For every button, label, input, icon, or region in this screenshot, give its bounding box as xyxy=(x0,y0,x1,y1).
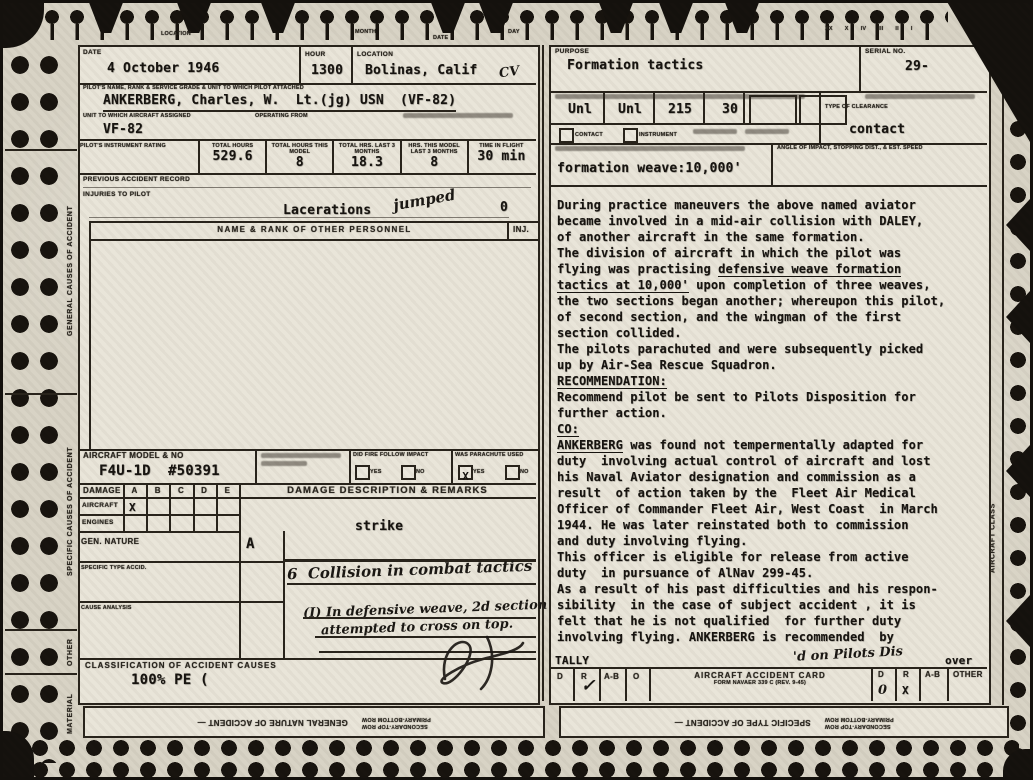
damage-grade-letter: B xyxy=(146,487,169,495)
field-divider xyxy=(859,45,861,91)
personnel-empty-box xyxy=(89,239,540,451)
grid-line xyxy=(169,483,171,531)
edge-section-specific-causes: SPECIFIC CAUSES OF ACCIDENT xyxy=(63,395,78,627)
grid-line xyxy=(653,91,655,123)
pilot-name-value: ANKERBERG, Charles, W. Lt.(jg) USN (VF-8… xyxy=(103,93,456,112)
tally-label: TALLY xyxy=(555,653,589,668)
footer-r-value: X xyxy=(902,683,909,698)
narrative-line: As a result of his past difficulties and… xyxy=(557,581,983,597)
hours-cell-value: 8 xyxy=(430,155,438,170)
narrative-line: of second section, and the wingman of th… xyxy=(557,309,983,325)
grid-line xyxy=(216,483,218,531)
narrative-line: Officer of Commander Fleet Air, West Coa… xyxy=(557,501,983,517)
corner-top-left xyxy=(0,0,44,48)
edge-label-day: DAY xyxy=(508,29,520,37)
grid-line xyxy=(743,91,745,123)
contact-checkbox xyxy=(559,128,574,143)
clearance-label: TYPE OF CLEARANCE xyxy=(825,104,888,112)
location-label: LOCATION xyxy=(357,51,393,59)
hours-cell: TIME IN FLIGHT 30 min xyxy=(467,141,534,173)
hours-cell: HRS. THIS MODEL LAST 3 MONTHS 8 xyxy=(400,141,467,173)
edge-roman-mark: IV xyxy=(861,26,867,34)
damage-header: DAMAGE xyxy=(83,487,121,495)
row-line xyxy=(78,601,283,603)
aircraft-model-value: F4U-1D #50391 xyxy=(99,464,220,479)
illegible-label xyxy=(403,113,513,118)
narrative-line: The pilots parachuted and were subsequen… xyxy=(557,341,983,357)
row-line xyxy=(549,91,987,93)
narrative-line: 1944. He was later reinstated both to co… xyxy=(557,517,983,533)
rule-line xyxy=(89,217,509,218)
narrative-line: and duty involving flying. xyxy=(557,533,983,549)
row-line xyxy=(549,185,987,187)
classification-label: CLASSIFICATION OF ACCIDENT CAUSES xyxy=(85,662,277,670)
edge-divider xyxy=(5,673,77,675)
field-divider xyxy=(349,449,351,483)
damage-grade-letters: ABCDE xyxy=(123,487,239,495)
narrative-line: duty involving actual control of aircraf… xyxy=(557,453,983,469)
damage-remarks-value: strike xyxy=(355,519,403,534)
narrative-line: RECOMMENDATION: xyxy=(557,373,983,389)
narrative-line: flying was practising defensive weave fo… xyxy=(557,261,983,277)
fire-no-label: NO xyxy=(416,469,425,477)
pilot-name-label: PILOT'S NAME, RANK & SERVICE GRADE & UNI… xyxy=(83,85,304,93)
impact-label: ANGLE OF IMPACT, STOPPING DIST., & EST. … xyxy=(777,145,923,153)
illegible-label xyxy=(745,129,789,134)
classification-value: 100% PE ( xyxy=(131,673,209,688)
damage-row-engines-label: ENGINES xyxy=(82,519,114,527)
rule-line xyxy=(287,583,536,585)
fire-no-checkbox xyxy=(401,465,416,480)
row-note-secondary: SECONDARY-TOP ROW xyxy=(362,722,431,730)
scanned-accident-card: LOCATION MONTH DATE DAY XXXIVIIIIII GENE… xyxy=(0,0,1033,780)
previous-accident-label: PREVIOUS ACCIDENT RECORD xyxy=(83,176,190,184)
bottom-strip-general-nature: SECONDARY-TOP ROW PRIMARY-BOTTOM ROW GEN… xyxy=(83,706,545,738)
parachute-label: WAS PARACHUTE USED xyxy=(455,452,524,460)
grid-line xyxy=(239,483,241,658)
personnel-header: NAME & RANK OF OTHER PERSONNEL xyxy=(91,226,538,234)
grid-line xyxy=(919,667,921,701)
footer-d-value: 0 xyxy=(878,683,887,698)
punch-holes-left xyxy=(5,47,63,763)
narrative-line: This officer is eligible for release fro… xyxy=(557,549,983,565)
hours-cell-value: 30 min xyxy=(477,149,525,164)
fire-label: DID FIRE FOLLOW IMPACT xyxy=(353,452,428,460)
inj-column-label: INJ. xyxy=(513,226,529,234)
grid-line xyxy=(146,483,148,531)
row-line xyxy=(549,123,821,125)
illegible-label xyxy=(865,94,975,99)
damage-aircraft-grade: X xyxy=(129,500,136,515)
hours-cell-label: TOTAL HOURS THIS MODEL xyxy=(267,143,332,155)
narrative-text: During practice maneuvers the above name… xyxy=(557,197,983,645)
gen-nature-value: A xyxy=(246,537,255,552)
bottom-strip-title: GENERAL NATURE OF ACCIDENT — xyxy=(197,718,348,726)
narrative-line: the two sections began another; whereupo… xyxy=(557,293,983,309)
hours-cell-label: TOTAL HRS. LAST 3 MONTHS xyxy=(334,143,399,155)
footer-right-col-r: R xyxy=(903,671,909,679)
instrument-label: INSTRUMENT xyxy=(639,132,677,140)
clearance-value: contact xyxy=(849,122,905,137)
personnel-header-box: NAME & RANK OF OTHER PERSONNEL xyxy=(89,221,540,241)
row-line xyxy=(78,561,283,563)
narrative-line: up by Air-Sea Rescue Squadron. xyxy=(557,357,983,373)
narrative-line: tactics at 10,000' upon completion of th… xyxy=(557,277,983,293)
location-value: Bolinas, Calif xyxy=(365,63,477,78)
footer-right-col-other: OTHER xyxy=(953,671,983,679)
illegible-label xyxy=(555,146,745,151)
signature xyxy=(431,631,531,693)
footer-left-col-ab: A-B xyxy=(604,673,619,681)
damage-grade-letter: D xyxy=(193,487,216,495)
footer-left-col-d: D xyxy=(557,673,563,681)
field-divider xyxy=(771,143,773,185)
edge-divider xyxy=(5,629,77,631)
edge-section-general-causes: GENERAL CAUSES OF ACCIDENT xyxy=(63,151,78,391)
damage-grade-letter: E xyxy=(216,487,239,495)
narrative-line: CO: xyxy=(557,421,983,437)
edge-label-month: MONTH xyxy=(355,29,376,37)
grid-line xyxy=(895,667,897,701)
row-note-secondary: SECONDARY-TOP ROW xyxy=(825,722,894,730)
parachute-no-label: NO xyxy=(520,469,529,477)
cause-analysis-label: CAUSE ANALYSIS xyxy=(81,605,132,613)
hour-value: 1300 xyxy=(311,63,343,78)
unit-value: VF-82 xyxy=(103,122,143,137)
grid-line xyxy=(625,667,627,701)
damage-grade-letter: A xyxy=(123,487,146,495)
footer-left-col-o: O xyxy=(633,673,640,681)
row-line xyxy=(78,173,536,175)
weather-value: Unl xyxy=(555,102,605,117)
bottom-strip-specific-type: SECONDARY-TOP ROW PRIMARY-BOTTOM ROW SPE… xyxy=(559,706,1009,738)
weather-value: 30 xyxy=(705,102,755,117)
row-line xyxy=(78,658,536,660)
narrative-line: During practice maneuvers the above name… xyxy=(557,197,983,213)
edge-roman-marks: XXXIVIIIIII xyxy=(825,26,913,34)
parachute-yes-mark: X xyxy=(462,470,469,483)
field-divider xyxy=(351,47,353,83)
operating-from-label: OPERATING FROM xyxy=(255,113,308,121)
edge-roman-mark: X xyxy=(845,26,849,34)
grid-line xyxy=(599,667,601,701)
injuries-label: INJURIES TO PILOT xyxy=(83,191,151,199)
grid-line xyxy=(193,483,195,531)
damage-grade-letter: C xyxy=(169,487,192,495)
purpose-value: Formation tactics xyxy=(567,58,703,73)
illegible-label xyxy=(261,461,307,466)
edge-line xyxy=(1002,45,1004,705)
pilot-rating-label: PILOT'S INSTRUMENT RATING xyxy=(80,143,166,149)
row-note-primary: PRIMARY-BOTTOM ROW xyxy=(825,715,894,723)
grid-line xyxy=(703,91,705,123)
row-line xyxy=(78,531,239,533)
edge-divider xyxy=(5,149,77,151)
row-line xyxy=(78,514,239,516)
grid-line xyxy=(947,667,949,701)
hours-cell: TOTAL HOURS THIS MODEL 8 xyxy=(265,141,332,173)
field-divider xyxy=(451,449,453,483)
serial-label: SERIAL NO. xyxy=(865,48,906,56)
illegible-label xyxy=(261,453,341,458)
serial-value: 29- xyxy=(905,59,929,74)
field-divider xyxy=(819,91,821,143)
narrative-line: section collided. xyxy=(557,325,983,341)
punch-holes-bottom xyxy=(27,737,1019,780)
bottom-strip-title: SPECIFIC TYPE OF ACCIDENT — xyxy=(674,718,810,726)
grid-line xyxy=(123,483,125,531)
date-value: 4 October 1946 xyxy=(107,61,219,76)
panel-divider xyxy=(542,45,544,701)
edge-roman-mark: I xyxy=(911,26,913,34)
form-number: FORM NAVAER 339 C (REV. 9-45) xyxy=(653,680,867,688)
footer-right-col-ab: A-B xyxy=(925,671,940,679)
instrument-checkbox xyxy=(623,128,638,143)
parachute-yes-label: YES xyxy=(473,469,485,477)
form-identification: AIRCRAFT ACCIDENT CARD FORM NAVAER 339 C… xyxy=(653,672,867,687)
edge-label-location: LOCATION xyxy=(161,31,191,39)
over-label: over xyxy=(945,653,972,668)
footer-right-col-d: D xyxy=(878,671,884,679)
edge-label-date: DATE xyxy=(433,35,448,43)
punch-holes-right xyxy=(1006,47,1030,755)
footer-check-mark: ✓ xyxy=(581,679,595,694)
injuries-count: 0 xyxy=(500,200,508,215)
hour-label: HOUR xyxy=(305,51,326,59)
grid-line xyxy=(283,531,285,658)
narrative-line: of another aircraft in the same formatio… xyxy=(557,229,983,245)
edge-roman-mark: II xyxy=(895,26,898,34)
specific-type-label: SPECIFIC TYPE ACCID. xyxy=(81,565,147,573)
condition-altitude-value: formation weave:10,000' xyxy=(557,161,742,176)
illegible-label xyxy=(693,129,737,134)
carrier-note-handwritten: CV xyxy=(498,64,520,82)
contact-label: CONTACT xyxy=(575,132,603,140)
grid-line xyxy=(871,667,873,701)
weather-values: UnlUnl21530 xyxy=(555,102,755,117)
rule-line xyxy=(83,187,531,188)
narrative-line: result of action taken by the Fleet Air … xyxy=(557,485,983,501)
hours-cell-value: 18.3 xyxy=(351,155,383,170)
hours-cell-value: 529.6 xyxy=(213,149,253,164)
grid-line xyxy=(649,667,651,701)
hours-table: PILOT'S INSTRUMENT RATING TOTAL HOURS 52… xyxy=(80,141,534,173)
parachute-no-checkbox xyxy=(505,465,520,480)
gen-nature-label: GEN. NATURE xyxy=(81,538,139,546)
hours-cell-value: 8 xyxy=(296,155,304,170)
edge-section-other: OTHER xyxy=(63,631,78,673)
narrative-line: became involved in a mid-air collision w… xyxy=(557,213,983,229)
edge-roman-mark: III xyxy=(878,26,883,34)
narrative-line: ANKERBERG was found not tempermentally a… xyxy=(557,437,983,453)
form-title: AIRCRAFT ACCIDENT CARD xyxy=(653,672,867,680)
grid-line xyxy=(573,667,575,701)
narrative-line: Recommend pilot be sent to Pilots Dispos… xyxy=(557,389,983,405)
purpose-label: PURPOSE xyxy=(555,48,589,56)
weather-value: 215 xyxy=(655,102,705,117)
card-paper: LOCATION MONTH DATE DAY XXXIVIIIIII GENE… xyxy=(3,3,1030,777)
narrative-line: felt that he is not qualified for furthe… xyxy=(557,613,983,629)
damage-description-header: DAMAGE DESCRIPTION & REMARKS xyxy=(239,487,536,495)
row-note-primary: PRIMARY-BOTTOM ROW xyxy=(362,715,431,723)
fire-yes-checkbox xyxy=(355,465,370,480)
narrative-line: further action. xyxy=(557,405,983,421)
field-divider xyxy=(299,47,301,83)
edge-divider xyxy=(5,393,77,395)
narrative-line: his Naval Aviator designation and commis… xyxy=(557,469,983,485)
narrative-line: duty in pursuance of AlNav 299-45. xyxy=(557,565,983,581)
hours-cell-label: HRS. THIS MODEL LAST 3 MONTHS xyxy=(402,143,467,155)
hours-cell: TOTAL HRS. LAST 3 MONTHS 18.3 xyxy=(332,141,399,173)
field-divider xyxy=(255,449,257,483)
fire-yes-label: YES xyxy=(370,469,382,477)
narrative-line: involving flying. ANKERBERG is recommend… xyxy=(557,629,983,645)
hours-cell: TOTAL HOURS 529.6 xyxy=(198,141,265,173)
edge-roman-mark: XX xyxy=(825,26,833,34)
empty-cell xyxy=(749,95,797,125)
injuries-value: Lacerations xyxy=(283,203,371,218)
inj-column-divider xyxy=(507,221,509,241)
weather-value: Unl xyxy=(605,102,655,117)
date-label: DATE xyxy=(83,49,102,57)
parachute-yes-checkbox: X xyxy=(458,465,473,480)
narrative-line: The division of aircraft in which the pi… xyxy=(557,245,983,261)
aircraft-model-label: AIRCRAFT MODEL & NO xyxy=(83,452,184,460)
unit-label: UNIT TO WHICH AIRCRAFT ASSIGNED xyxy=(83,113,191,121)
narrative-line: sibility in the case of subject accident… xyxy=(557,597,983,613)
row-line xyxy=(549,667,987,669)
damage-row-aircraft-label: AIRCRAFT xyxy=(82,502,118,510)
grid-line xyxy=(603,91,605,123)
